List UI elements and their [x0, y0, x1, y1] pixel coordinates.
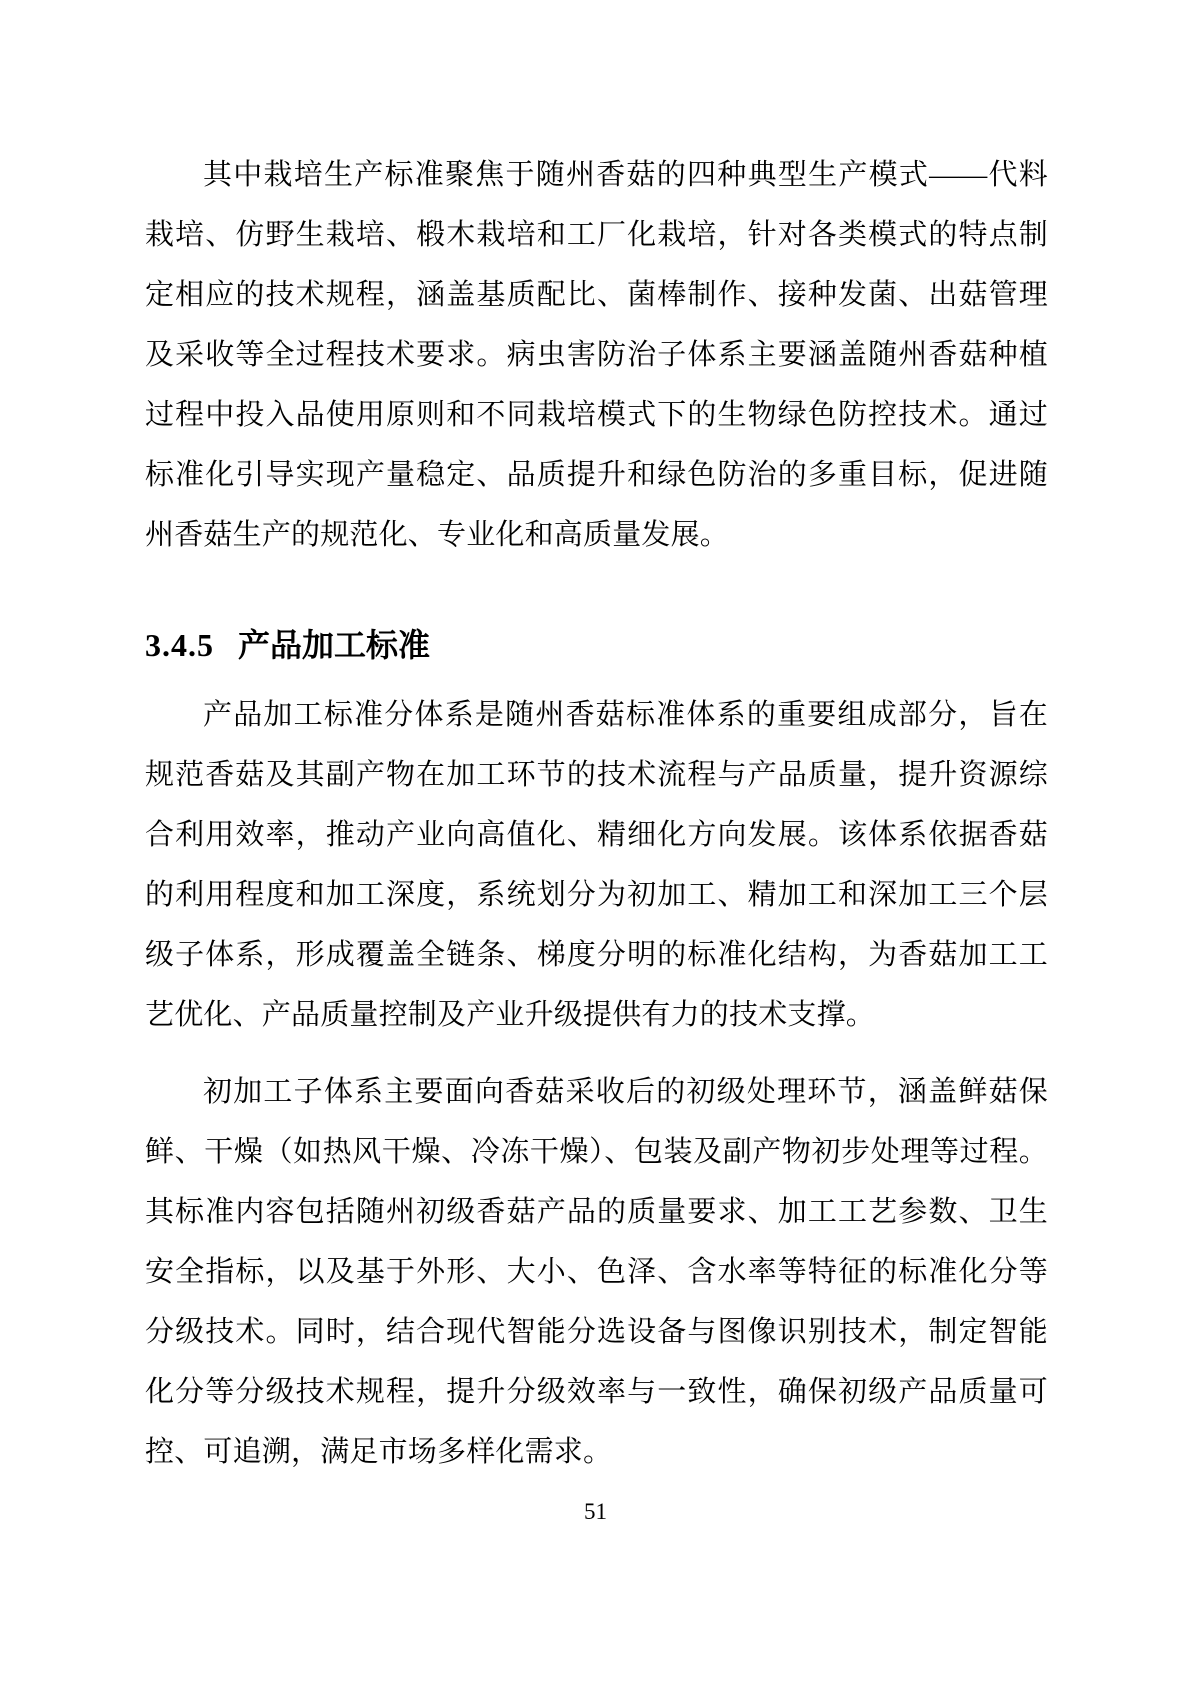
section-heading: 3.4.5产品加工标准: [145, 615, 1048, 675]
paragraph-cultivation-production-standards: 其中栽培生产标准聚焦于随州香菇的四种典型生产模式——代料栽培、仿野生栽培、椴木栽…: [145, 145, 1048, 565]
section-heading-number: 3.4.5: [145, 627, 214, 663]
paragraph-processing-standards-overview: 产品加工标准分体系是随州香菇标准体系的重要组成部分，旨在规范香菇及其副产物在加工…: [145, 685, 1048, 1045]
document-page: 其中栽培生产标准聚焦于随州香菇的四种典型生产模式——代料栽培、仿野生栽培、椴木栽…: [0, 0, 1191, 1684]
section-heading-title: 产品加工标准: [238, 627, 430, 663]
document-content: 其中栽培生产标准聚焦于随州香菇的四种典型生产模式——代料栽培、仿野生栽培、椴木栽…: [145, 145, 1048, 1482]
paragraph-primary-processing-subsystem: 初加工子体系主要面向香菇采收后的初级处理环节，涵盖鲜菇保鲜、干燥（如热风干燥、冷…: [145, 1062, 1048, 1482]
page-number: 51: [0, 1496, 1191, 1528]
